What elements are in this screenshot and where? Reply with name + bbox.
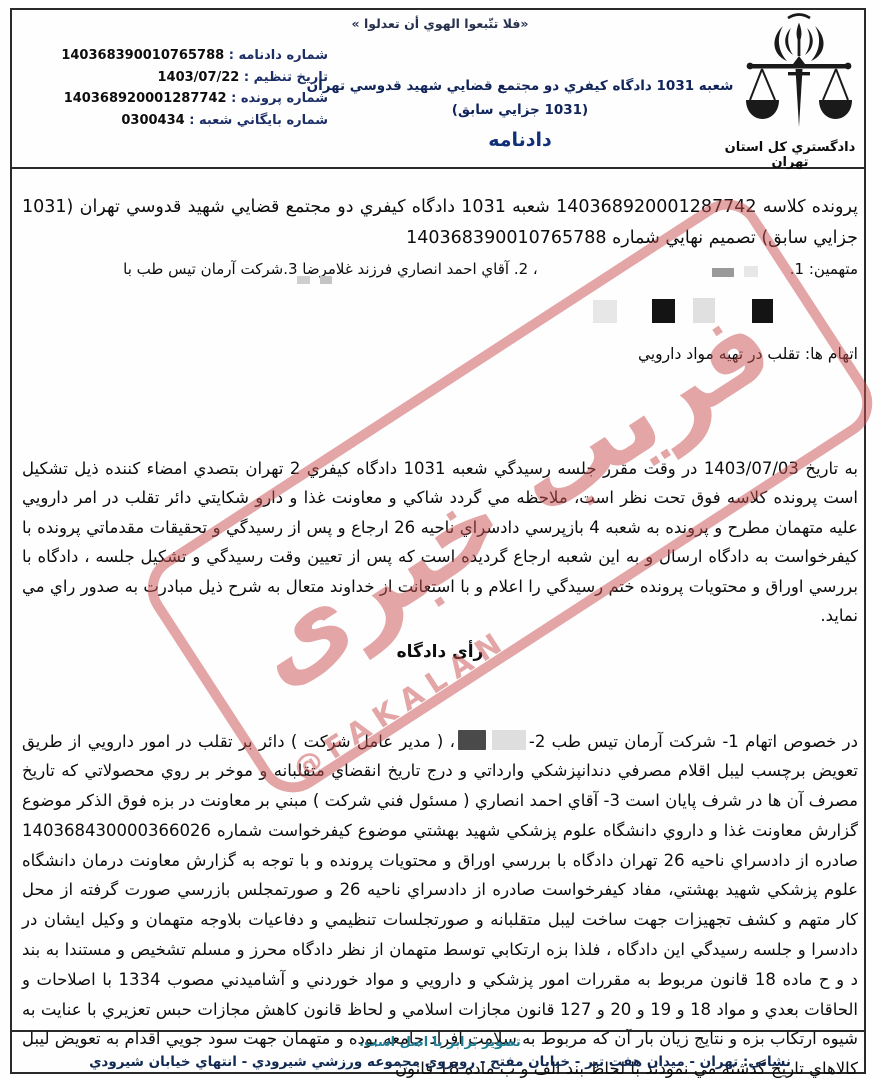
field-label: شماره دادنامه [238, 48, 328, 63]
document-type-title: دادنامه [305, 129, 735, 151]
field-separator: : [185, 113, 199, 128]
field-separator: : [227, 91, 241, 106]
redaction-block [593, 300, 617, 323]
field-judgment-number: شماره دادنامه : 140368390010765788 [40, 45, 328, 67]
emblem-caption: دادگستري كل استان تهران [706, 140, 874, 170]
certification-line: تصوير برابر با اصل است. [0, 1035, 880, 1050]
judiciary-scales-emblem-icon [738, 12, 860, 138]
proceedings-paragraph: به تاريخ 1403/07/03 در وقت مقرر جلسه رسي… [22, 454, 858, 631]
verdict-text-part1: در خصوص اتهام 1- شركت آرمان تيس طب 2- [529, 732, 858, 751]
court-branch-subtitle: (1031 جزايي سابق) [305, 102, 735, 118]
court-verdict-document: «فلا تتّبعوا الهوي أن تعدلوا » شماره داد… [0, 0, 880, 1080]
field-issue-date: تاريخ تنظيم : 1403/07/22 [40, 67, 328, 89]
court-branch-title: شعبه 1031 دادگاه كيفري دو مجتمع قضايي شه… [305, 78, 735, 94]
verdict-heading: رأی دادگاه [0, 642, 880, 662]
field-separator: : [239, 70, 253, 85]
field-value: 140368390010765788 [61, 48, 224, 63]
field-value: 140368920001287742 [64, 91, 227, 106]
field-separator: : [224, 48, 238, 63]
case-reference-line: پرونده كلاسه 140368920001287742 شعبه 103… [22, 192, 858, 254]
redaction-smudge [712, 268, 734, 277]
redaction-block [652, 299, 675, 323]
redaction-smudge [297, 276, 310, 284]
header-fields: شماره دادنامه : 140368390010765788 تاريخ… [40, 45, 328, 131]
charges-line: اتهام ها: تقلب در تهيه مواد دارويي [22, 345, 858, 363]
field-case-number: شماره پرونده : 140368920001287742 [40, 88, 328, 110]
redaction-block [752, 299, 773, 323]
redaction-block [693, 298, 715, 323]
verdict-paragraph: در خصوص اتهام 1- شركت آرمان تيس طب 2-، (… [22, 727, 858, 1080]
court-address-line: نشاني: تهران - ميدان هفت تير - خيابان مف… [0, 1054, 880, 1070]
redaction-block-inline [492, 730, 526, 750]
field-value: 0300434 [121, 113, 184, 128]
redaction-smudge [744, 266, 758, 277]
field-archive-number: شماره بايگاني شعبه : 0300434 [40, 110, 328, 132]
redaction-smudge [320, 276, 332, 284]
verdict-text-part2: ، ( مدير عامل شركت ) دائر بر تقلب در امو… [22, 732, 858, 1079]
field-value: 1403/07/22 [157, 70, 239, 85]
redaction-block-inline [458, 730, 486, 750]
defendants-prefix: متهمين: 1. [790, 260, 858, 278]
